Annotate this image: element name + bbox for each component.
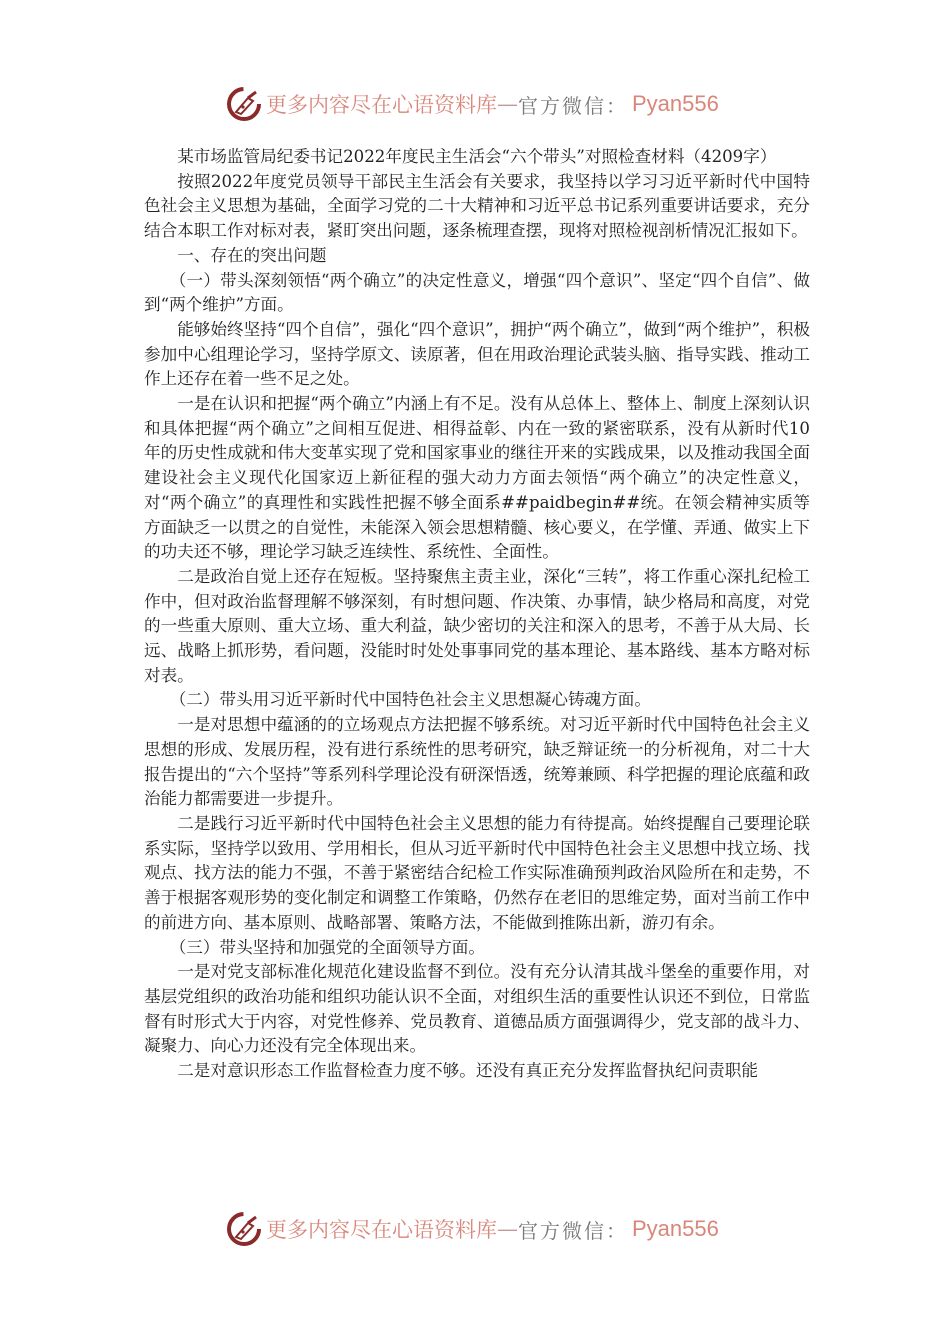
subsection-heading-1: （一）带头深刻领悟“两个确立”的决定性意义，增强“四个意识”、坚定“四个自信”、… [144, 269, 810, 318]
pen-nib-logo-icon [226, 86, 262, 122]
paragraph: 二是政治自觉上还存在短板。坚持聚焦主责主业，深化“三转”，将工作重心深扎纪检工作… [144, 565, 810, 689]
watermark-label: 官方微信： [518, 1215, 628, 1244]
watermark-main-text: 更多内容尽在心语资料库 [266, 1214, 497, 1244]
paragraph: 一是对党支部标准化规范化建设监督不到位。没有充分认清其战斗堡垒的重要作用，对基层… [144, 960, 810, 1059]
watermark-wechat-id: Pyan556 [632, 91, 719, 117]
document-body: 某市场监管局纪委书记2022年度民主生活会“六个带头”对照检查材料（4209字）… [144, 145, 810, 1084]
watermark-dash: — [497, 92, 518, 116]
subsection-heading-2: （二）带头用习近平新时代中国特色社会主义思想凝心铸魂方面。 [144, 688, 810, 713]
paragraph: 二是践行习近平新时代中国特色社会主义思想的能力有待提高。始终提醒自己要理论联系实… [144, 812, 810, 936]
pen-nib-logo-icon [226, 1211, 262, 1247]
intro-paragraph: 按照2022年度党员领导干部民主生活会有关要求，我坚持以学习习近平新时代中国特色… [144, 170, 810, 244]
watermark-wechat-id: Pyan556 [632, 1216, 719, 1242]
subsection-heading-3: （三）带头坚持和加强党的全面领导方面。 [144, 936, 810, 961]
paragraph: 二是对意识形态工作监督检查力度不够。还没有真正充分发挥监督执纪问责职能 [144, 1059, 810, 1084]
section-heading-1: 一、存在的突出问题 [144, 244, 810, 269]
paragraph: 一是对思想中蕴涵的的立场观点方法把握不够系统。对习近平新时代中国特色社会主义思想… [144, 713, 810, 812]
watermark-banner-bottom: 更多内容尽在心语资料库 — 官方微信： Pyan556 [226, 1209, 719, 1249]
document-title: 某市场监管局纪委书记2022年度民主生活会“六个带头”对照检查材料（4209字） [144, 145, 810, 170]
paragraph: 一是在认识和把握“两个确立”内涵上有不足。没有从总体上、整体上、制度上深刻认识和… [144, 392, 810, 565]
paragraph: 能够始终坚持“四个自信”，强化“四个意识”，拥护“两个确立”，做到“两个维护”，… [144, 318, 810, 392]
watermark-dash: — [497, 1217, 518, 1241]
watermark-label: 官方微信： [518, 90, 628, 119]
watermark-main-text: 更多内容尽在心语资料库 [266, 89, 497, 119]
watermark-banner-top: 更多内容尽在心语资料库 — 官方微信： Pyan556 [226, 84, 719, 124]
